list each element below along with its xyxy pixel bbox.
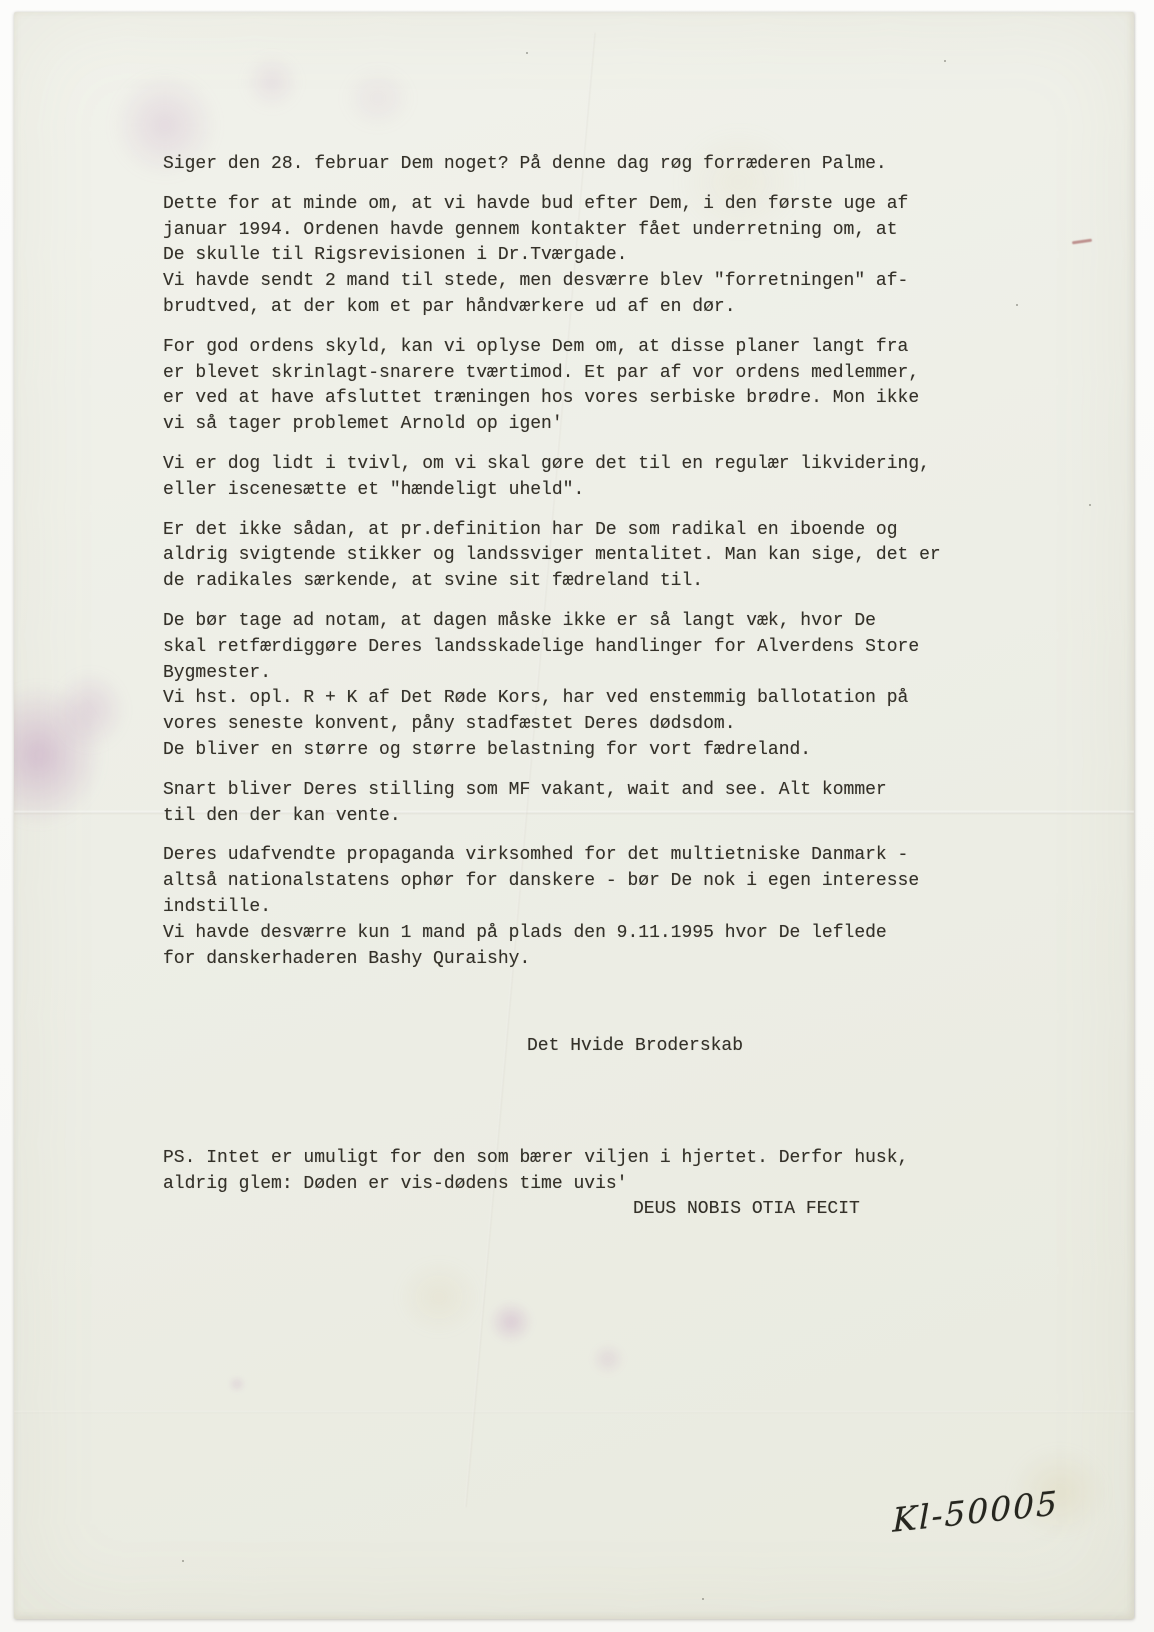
paper-speck <box>702 1598 704 1600</box>
paper-speck <box>526 52 528 54</box>
pink-smudge <box>480 1292 542 1352</box>
letter-page: Siger den 28. februar Dem noget? På denn… <box>14 12 1134 1619</box>
paper-speck <box>1016 304 1018 306</box>
paper-speck <box>182 1560 184 1562</box>
paragraph: Snart bliver Deres stilling som MF vakan… <box>163 778 978 830</box>
signature: Det Hvide Broderskab <box>527 1034 743 1060</box>
paper-speck <box>944 60 946 62</box>
fold-crease-horizontal <box>14 1411 1134 1413</box>
pink-smudge <box>232 42 312 122</box>
latin-motto: DEUS NOBIS OTIA FECIT <box>633 1197 860 1223</box>
paper-speck <box>1089 504 1091 506</box>
paragraph: Dette for at minde om, at vi havde bud e… <box>163 192 978 321</box>
paragraph: Siger den 28. februar Dem noget? På denn… <box>163 152 978 178</box>
postscript: PS. Intet er umuligt for den som bærer v… <box>163 1146 978 1198</box>
paragraph: Er det ikke sådan, at pr.definition har … <box>163 518 978 595</box>
paragraph: De bør tage ad notam, at dagen måske ikk… <box>163 609 978 764</box>
paragraph: Vi er dog lidt i tvivl, om vi skal gøre … <box>163 452 978 504</box>
pink-smudge <box>328 53 428 143</box>
handwritten-reference-number: Kl-50005 <box>892 1483 1058 1540</box>
pink-smudge <box>224 1372 250 1396</box>
paragraph: For god ordens skyld, kan vi oplyse Dem … <box>163 335 978 438</box>
pink-smudge <box>14 660 124 850</box>
red-pen-mark <box>1072 239 1092 245</box>
scan-background: Siger den 28. februar Dem noget? På denn… <box>0 0 1154 1632</box>
letter-body: Siger den 28. februar Dem noget? På denn… <box>163 152 978 986</box>
paper-stain <box>384 1247 494 1347</box>
pink-smudge <box>40 655 140 765</box>
pink-smudge <box>584 1336 632 1382</box>
paragraph: Deres udafvendte propaganda virksomhed f… <box>163 843 978 972</box>
